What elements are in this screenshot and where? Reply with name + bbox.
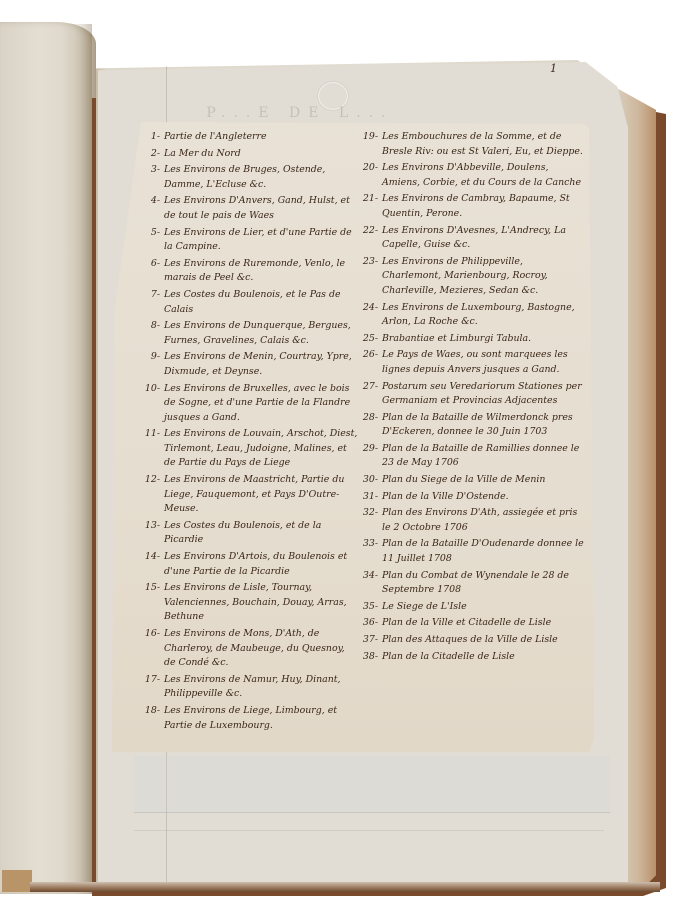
index-entry: 8-Les Environs de Dunquerque, Bergues, F… [136, 319, 358, 348]
index-entry: 37-Plan des Attaques de la Ville de Lisl… [348, 633, 584, 648]
index-entry: 10-Les Environs de Bruxelles, avec le bo… [136, 382, 358, 426]
entry-title: Les Environs de Mons, D'Ath, de Charlero… [164, 627, 358, 671]
page-number: 1 [550, 62, 557, 75]
manuscript-index-leaf: 1-Partie de l'Angleterre2-La Mer du Nord… [112, 122, 594, 752]
entry-number: 2- [136, 147, 164, 162]
index-entry: 36-Plan de la Ville et Citadelle de Lisl… [348, 616, 584, 631]
entry-number: 21- [348, 192, 382, 221]
binding-edge [2, 870, 32, 892]
index-entry: 33-Plan de la Bataille D'Oudenarde donne… [348, 537, 584, 566]
entry-title: Plan des Environs D'Ath, assiegée et pri… [382, 506, 584, 535]
plate-border-line [134, 830, 604, 831]
entry-title: Les Environs de Philippeville, Charlemon… [382, 255, 584, 299]
entry-number: 28- [348, 411, 382, 440]
index-entry: 15-Les Environs de Lisle, Tournay, Valen… [136, 581, 358, 625]
index-entry: 29-Plan de la Bataille de Ramillies donn… [348, 442, 584, 471]
entry-title: Les Costes du Boulenois, et de la Picard… [164, 519, 358, 548]
index-entry: 27-Postarum seu Veredariorum Stationes p… [348, 380, 584, 409]
entry-title: Plan de la Bataille D'Oudenarde donnee l… [382, 537, 584, 566]
entry-title: Les Environs de Liege, Limbourg, et Part… [164, 704, 358, 733]
index-entry: 14-Les Environs D'Artois, du Boulenois e… [136, 550, 358, 579]
index-entry: 18-Les Environs de Liege, Limbourg, et P… [136, 704, 358, 733]
entry-title: Le Pays de Waes, ou sont marquees les li… [382, 348, 584, 377]
index-entry: 38-Plan de la Citadelle de Lisle [348, 650, 584, 665]
entry-number: 29- [348, 442, 382, 471]
entry-title: Plan de la Citadelle de Lisle [382, 650, 584, 665]
index-entry: 26-Le Pays de Waes, ou sont marquees les… [348, 348, 584, 377]
entry-title: Partie de l'Angleterre [164, 130, 358, 145]
entry-title: Les Environs de Cambray, Bapaume, St Que… [382, 192, 584, 221]
index-entry: 24-Les Environs de Luxembourg, Bastogne,… [348, 301, 584, 330]
entry-title: Plan de la Bataille de Ramillies donnee … [382, 442, 584, 471]
entry-title: Plan de la Ville D'Ostende. [382, 490, 584, 505]
index-entry: 2-La Mer du Nord [136, 147, 358, 162]
entry-title: Les Environs de Namur, Huy, Dinant, Phil… [164, 673, 358, 702]
entry-title: Les Environs de Louvain, Arschot, Diest,… [164, 427, 358, 471]
entry-number: 14- [136, 550, 164, 579]
index-entry: 5-Les Environs de Lier, et d'une Partie … [136, 226, 358, 255]
entry-title: Plan de la Ville et Citadelle de Lisle [382, 616, 584, 631]
entry-number: 12- [136, 473, 164, 517]
entry-title: Les Environs de Bruxelles, avec le bois … [164, 382, 358, 426]
index-entry: 1-Partie de l'Angleterre [136, 130, 358, 145]
entry-title: Les Environs de Lier, et d'une Partie de… [164, 226, 358, 255]
index-entry: 22-Les Environs D'Avesnes, L'Andrecy, La… [348, 224, 584, 253]
faint-engraved-plate [134, 756, 610, 813]
entry-number: 15- [136, 581, 164, 625]
index-entry: 4-Les Environs D'Anvers, Gand, Hulst, et… [136, 194, 358, 223]
entry-title: Plan du Combat de Wynendale le 28 de Sep… [382, 569, 584, 598]
entry-number: 20- [348, 161, 382, 190]
entry-number: 3- [136, 163, 164, 192]
entry-number: 7- [136, 288, 164, 317]
entry-number: 30- [348, 473, 382, 488]
entry-title: Plan de la Bataille de Wilmerdonck pres … [382, 411, 584, 440]
entry-number: 4- [136, 194, 164, 223]
index-entry: 9-Les Environs de Menin, Courtray, Ypre,… [136, 350, 358, 379]
entry-title: Les Environs D'Avesnes, L'Andrecy, La Ca… [382, 224, 584, 253]
index-entry: 28-Plan de la Bataille de Wilmerdonck pr… [348, 411, 584, 440]
index-entry: 20-Les Environs D'Abbeville, Doulens, Am… [348, 161, 584, 190]
index-left-column: 1-Partie de l'Angleterre2-La Mer du Nord… [136, 130, 358, 735]
open-book: 1 P...E DE L... 1-Partie de l'Angleterre… [0, 0, 687, 900]
entry-title: La Mer du Nord [164, 147, 358, 162]
entry-number: 19- [348, 130, 382, 159]
entry-title: Les Environs de Bruges, Ostende, Damme, … [164, 163, 358, 192]
entry-title: Les Environs de Luxembourg, Bastogne, Ar… [382, 301, 584, 330]
entry-number: 33- [348, 537, 382, 566]
faint-printed-title: P...E DE L... [190, 105, 410, 125]
entry-title: Les Environs de Dunquerque, Bergues, Fur… [164, 319, 358, 348]
entry-number: 23- [348, 255, 382, 299]
index-entry: 35-Le Siege de L'Isle [348, 600, 584, 615]
index-entry: 34-Plan du Combat de Wynendale le 28 de … [348, 569, 584, 598]
entry-title: Les Embouchures de la Somme, et de Bresl… [382, 130, 584, 159]
index-entry: 17-Les Environs de Namur, Huy, Dinant, P… [136, 673, 358, 702]
entry-number: 32- [348, 506, 382, 535]
index-entry: 32-Plan des Environs D'Ath, assiegée et … [348, 506, 584, 535]
index-entry: 21-Les Environs de Cambray, Bapaume, St … [348, 192, 584, 221]
entry-title: Plan des Attaques de la Ville de Lisle [382, 633, 584, 648]
entry-title: Les Costes du Boulenois, et le Pas de Ca… [164, 288, 358, 317]
bottom-page-edges [30, 882, 660, 892]
index-entry: 13-Les Costes du Boulenois, et de la Pic… [136, 519, 358, 548]
entry-number: 18- [136, 704, 164, 733]
entry-number: 22- [348, 224, 382, 253]
entry-title: Postarum seu Veredariorum Stationes per … [382, 380, 584, 409]
gutter-fold [62, 24, 92, 884]
entry-number: 37- [348, 633, 382, 648]
entry-title: Les Environs de Ruremonde, Venlo, le mar… [164, 257, 358, 286]
entry-number: 16- [136, 627, 164, 671]
entry-number: 31- [348, 490, 382, 505]
entry-title: Les Environs de Menin, Courtray, Ypre, D… [164, 350, 358, 379]
index-entry: 23-Les Environs de Philippeville, Charle… [348, 255, 584, 299]
entry-number: 25- [348, 332, 382, 347]
index-entry: 31-Plan de la Ville D'Ostende. [348, 490, 584, 505]
entry-number: 6- [136, 257, 164, 286]
entry-number: 9- [136, 350, 164, 379]
entry-number: 34- [348, 569, 382, 598]
entry-title: Les Environs de Lisle, Tournay, Valencie… [164, 581, 358, 625]
entry-title: Le Siege de L'Isle [382, 600, 584, 615]
index-entry: 6-Les Environs de Ruremonde, Venlo, le m… [136, 257, 358, 286]
entry-title: Les Environs D'Abbeville, Doulens, Amien… [382, 161, 584, 190]
entry-number: 13- [136, 519, 164, 548]
entry-number: 8- [136, 319, 164, 348]
entry-number: 11- [136, 427, 164, 471]
index-entry: 16-Les Environs de Mons, D'Ath, de Charl… [136, 627, 358, 671]
index-entry: 25-Brabantiae et Limburgi Tabula. [348, 332, 584, 347]
index-entry: 3-Les Environs de Bruges, Ostende, Damme… [136, 163, 358, 192]
index-right-column: 19-Les Embouchures de la Somme, et de Br… [348, 130, 584, 666]
entry-number: 24- [348, 301, 382, 330]
entry-number: 17- [136, 673, 164, 702]
entry-title: Plan du Siege de la Ville de Menin [382, 473, 584, 488]
entry-title: Les Environs D'Anvers, Gand, Hulst, et d… [164, 194, 358, 223]
entry-title: Brabantiae et Limburgi Tabula. [382, 332, 584, 347]
entry-number: 27- [348, 380, 382, 409]
entry-number: 36- [348, 616, 382, 631]
index-entry: 7-Les Costes du Boulenois, et le Pas de … [136, 288, 358, 317]
index-entry: 30-Plan du Siege de la Ville de Menin [348, 473, 584, 488]
entry-title: Les Environs D'Artois, du Boulenois et d… [164, 550, 358, 579]
index-entry: 19-Les Embouchures de la Somme, et de Br… [348, 130, 584, 159]
entry-title: Les Environs de Maastricht, Partie du Li… [164, 473, 358, 517]
entry-number: 26- [348, 348, 382, 377]
entry-number: 38- [348, 650, 382, 665]
entry-number: 5- [136, 226, 164, 255]
entry-number: 10- [136, 382, 164, 426]
index-entry: 11-Les Environs de Louvain, Arschot, Die… [136, 427, 358, 471]
entry-number: 35- [348, 600, 382, 615]
index-entry: 12-Les Environs de Maastricht, Partie du… [136, 473, 358, 517]
entry-number: 1- [136, 130, 164, 145]
